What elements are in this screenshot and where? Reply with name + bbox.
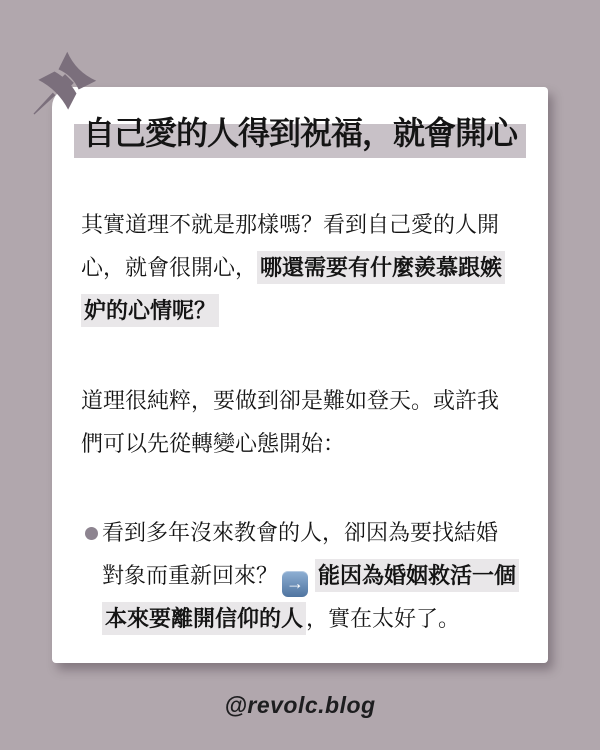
highlighted-text: 妒的心情呢？ [81, 294, 219, 327]
highlighted-text: 本來要離開信仰的人 [102, 602, 306, 635]
bullet-line-1: 看到多年沒來教會的人，卻因為要找結婚 [102, 511, 547, 554]
highlighted-text: 能因為婚姻救活一個 [315, 559, 519, 592]
bullet-line-3: 本來要離開信仰的人，實在太好了。 [102, 597, 547, 640]
text-segment: 對象而重新回來？ [102, 563, 278, 588]
text-segment: 心，就會很開心， [81, 255, 257, 280]
paragraph-2-line-1: 道理很純粹，要做到卻是難如登天。或許我 [81, 379, 536, 422]
bullet-dot [85, 527, 98, 540]
paragraph-1-line-3: 妒的心情呢？ [81, 289, 536, 332]
text-segment: 其實道理不就是那樣嗎？看到自己愛的人開 [81, 212, 499, 237]
page-background: 自己愛的人得到祝福，就會開心 其實道理不就是那樣嗎？看到自己愛的人開 心，就會很… [0, 0, 600, 750]
text-segment: 們可以先從轉變心態開始： [81, 431, 345, 456]
page-title: 自己愛的人得到祝福，就會開心 [83, 116, 517, 150]
pushpin-icon [10, 36, 120, 136]
text-segment: 看到多年沒來教會的人，卻因為要找結婚 [102, 520, 498, 545]
text-segment: 道理很純粹，要做到卻是難如登天。或許我 [81, 388, 499, 413]
bullet-item: 看到多年沒來教會的人，卻因為要找結婚 對象而重新回來？→能因為婚姻救活一個 本來… [102, 511, 547, 640]
paragraph-1-line-2: 心，就會很開心，哪還需要有什麼羨慕跟嫉 [81, 246, 536, 289]
content-card: 自己愛的人得到祝福，就會開心 其實道理不就是那樣嗎？看到自己愛的人開 心，就會很… [52, 87, 548, 663]
bullet-line-2: 對象而重新回來？→能因為婚姻救活一個 [102, 554, 547, 597]
footer-handle: @revolc.blog [0, 692, 600, 718]
title-highlight: 自己愛的人得到祝福，就會開心 [74, 124, 526, 158]
paragraph-2-line-2: 們可以先從轉變心態開始： [81, 422, 536, 465]
paragraph-1: 其實道理不就是那樣嗎？看到自己愛的人開 心，就會很開心，哪還需要有什麼羨慕跟嫉 … [81, 203, 536, 332]
right-arrow-icon: → [282, 571, 308, 597]
paragraph-2: 道理很純粹，要做到卻是難如登天。或許我 們可以先從轉變心態開始： [81, 379, 536, 465]
title-row: 自己愛的人得到祝福，就會開心 [74, 124, 526, 158]
highlighted-text: 哪還需要有什麼羨慕跟嫉 [257, 251, 505, 284]
text-segment: ，實在太好了。 [306, 606, 460, 631]
paragraph-1-line-1: 其實道理不就是那樣嗎？看到自己愛的人開 [81, 203, 536, 246]
